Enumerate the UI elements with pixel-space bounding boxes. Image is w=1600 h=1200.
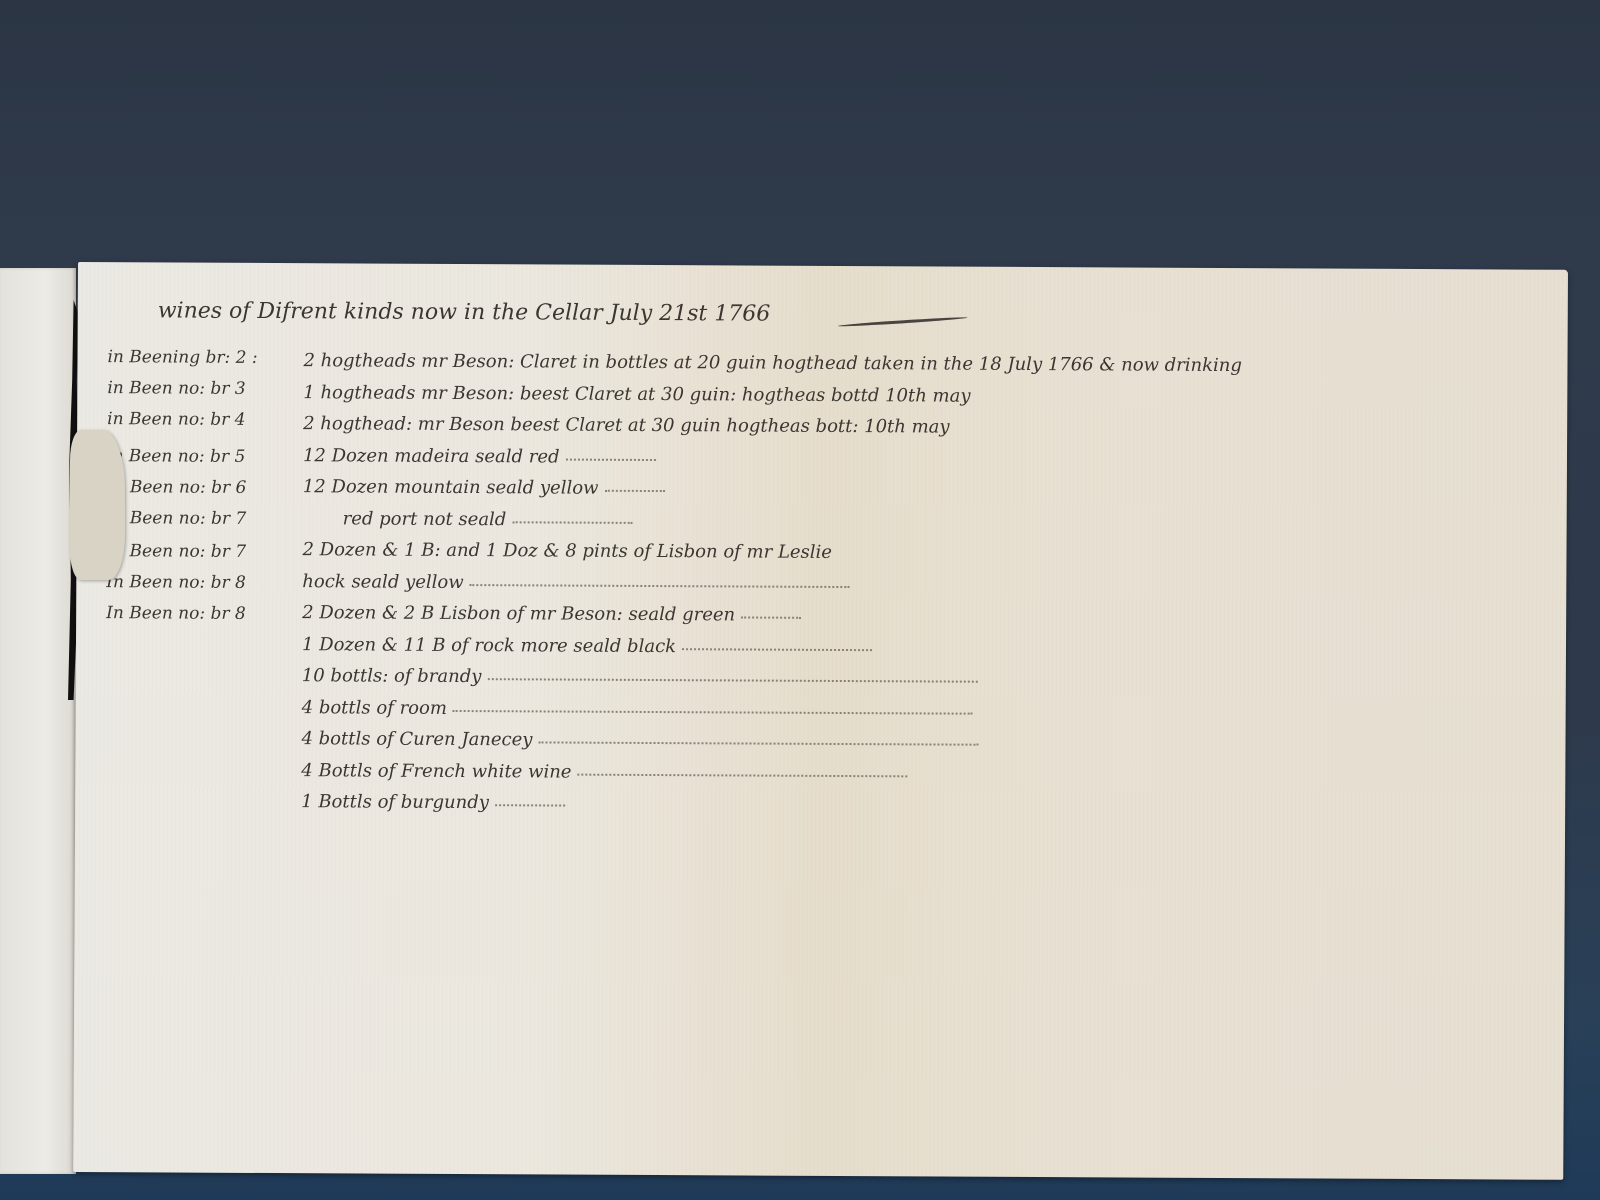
leader-dots xyxy=(566,454,656,460)
entry-text: 2 hogthead: mr Beson beest Claret at 30 … xyxy=(303,413,950,437)
inventory-entry: 2 hogthead: mr Beson beest Claret at 30 … xyxy=(303,408,1242,444)
inventory-list: 2 hogtheads mr Beson: Claret in bottles … xyxy=(301,345,1242,822)
bin-label-column: in Beening br: 2 : in Been no: br 3 in B… xyxy=(106,342,258,622)
entry-text: red port not seald xyxy=(343,508,507,530)
inventory-entry: 4 bottls of Curen Janecey xyxy=(301,723,1240,759)
manuscript-page: wines of Difrent kinds now in the Cellar… xyxy=(73,262,1568,1180)
leader-dots xyxy=(470,580,850,588)
entry-text: 2 Dozen & 1 B: and 1 Doz & 8 pints of Li… xyxy=(302,539,832,563)
leader-dots xyxy=(512,517,632,524)
bin-label: in Beening br: 2 : xyxy=(107,342,257,374)
inventory-entry: 1 Dozen & 11 B of rock more seald black xyxy=(302,629,1241,665)
inventory-entry: 4 bottls of room xyxy=(302,692,1241,728)
leader-dots xyxy=(538,737,978,745)
inventory-entry: 1 hogtheads mr Beson: beest Claret at 30… xyxy=(303,377,1242,413)
bin-label: In Been no: br 6 xyxy=(107,472,257,504)
bin-label: in Been no: br 5 xyxy=(107,441,257,473)
page-title: wines of Difrent kinds now in the Cellar… xyxy=(158,298,771,326)
entry-text: 1 hogtheads mr Beson: beest Claret at 30… xyxy=(303,382,970,406)
inventory-entry: 2 Dozen & 1 B: and 1 Doz & 8 pints of Li… xyxy=(302,534,1241,570)
entry-text: hock seald yellow xyxy=(302,571,463,593)
entry-text: 4 Bottls of French white wine xyxy=(301,760,571,782)
leader-dots xyxy=(682,644,872,651)
bin-label: In Been no: br 7 xyxy=(106,536,256,568)
bin-label: In Been no: br 8 xyxy=(106,598,256,630)
inventory-entry: 4 Bottls of French white wine xyxy=(301,755,1240,791)
inventory-entry: red port not seald xyxy=(343,503,1282,539)
bin-label: in Been no: br 3 xyxy=(107,373,257,405)
leader-dots xyxy=(577,769,907,777)
entry-text: 2 Dozen & 2 B Lisbon of mr Beson: seald … xyxy=(302,602,735,625)
leader-dots xyxy=(453,705,973,714)
leader-dots xyxy=(495,800,565,806)
title-flourish xyxy=(838,316,968,327)
leader-dots xyxy=(741,612,801,618)
inventory-entry: 2 Dozen & 2 B Lisbon of mr Beson: seald … xyxy=(302,597,1241,633)
previous-page-leaf xyxy=(0,268,76,1174)
inventory-entry: hock seald yellow xyxy=(302,566,1241,602)
entry-text: 4 bottls of Curen Janecey xyxy=(301,728,532,750)
inventory-entry: 12 Dozen madeira seald red xyxy=(303,440,1242,476)
bin-label: In Been no: br 8 xyxy=(106,567,256,599)
inventory-entry: 2 hogtheads mr Beson: Claret in bottles … xyxy=(303,345,1242,381)
leader-dots xyxy=(487,674,977,683)
entry-text: 1 Bottls of burgundy xyxy=(301,791,489,813)
inventory-entry: 10 bottls: of brandy xyxy=(302,660,1241,696)
bin-label: In Been no: br 7 xyxy=(107,503,257,535)
entry-text: 1 Dozen & 11 B of rock more seald black xyxy=(302,634,676,657)
inventory-entry: 1 Bottls of burgundy xyxy=(301,786,1240,822)
inventory-entry: 12 Dozen mountain seald yellow xyxy=(303,471,1242,507)
torn-paper-flap xyxy=(70,430,125,580)
leader-dots xyxy=(604,486,664,492)
entry-text: 4 bottls of room xyxy=(302,697,447,719)
entry-text: 10 bottls: of brandy xyxy=(302,665,482,687)
bin-label: in Been no: br 4 xyxy=(107,404,257,436)
entry-text: 12 Dozen mountain seald yellow xyxy=(303,476,599,499)
entry-text: 12 Dozen madeira seald red xyxy=(303,445,560,467)
entry-text: 2 hogtheads mr Beson: Claret in bottles … xyxy=(303,350,1242,376)
